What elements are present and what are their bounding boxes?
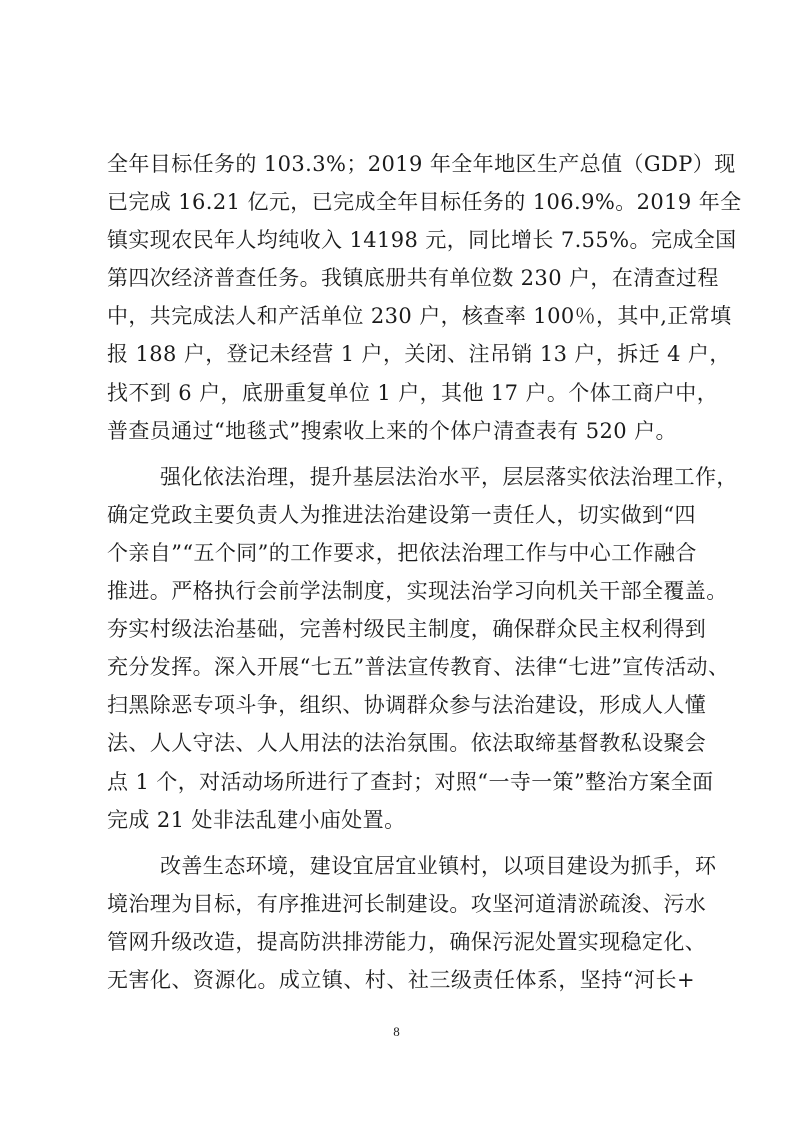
- text-line: 普查员通过“地毯式”搜索收上来的个体户清查表有 520 户。: [107, 412, 695, 450]
- text-line: 镇实现农民年人均纯收入 14198 元，同比增长 7.55%。完成全国: [107, 221, 695, 259]
- body-text: 全年目标任务的 103.3%；2019 年全年地区生产总值（GDP）现 已完成 …: [107, 145, 695, 999]
- paragraph-spacer: [107, 839, 695, 847]
- text-line: 管网升级改造，提高防洪排涝能力，确保污泥处置实现稳定化、: [107, 923, 695, 961]
- text-line: 无害化、资源化。成立镇、村、社三级责任体系，坚持“河长+: [107, 961, 695, 999]
- text-line: 个亲自”“五个同”的工作要求，把依法治理工作与中心工作融合: [107, 534, 695, 572]
- text-line: 确定党政主要负责人为推进法治建设第一责任人，切实做到“四: [107, 496, 695, 534]
- text-line: 强化依法治理，提升基层法治水平，层层落实依法治理工作，: [107, 458, 695, 496]
- paragraph-economic-census: 全年目标任务的 103.3%；2019 年全年地区生产总值（GDP）现 已完成 …: [107, 145, 695, 450]
- paragraph-rule-of-law: 强化依法治理，提升基层法治水平，层层落实依法治理工作， 确定党政主要负责人为推进…: [107, 458, 695, 839]
- document-page: 全年目标任务的 103.3%；2019 年全年地区生产总值（GDP）现 已完成 …: [0, 0, 793, 1122]
- text-line: 境治理为目标，有序推进河长制建设。攻坚河道清淤疏浚、污水: [107, 885, 695, 923]
- text-line: 法、人人守法、人人用法的法治氛围。依法取缔基督教私设聚会: [107, 724, 695, 762]
- text-line: 第四次经济普查任务。我镇底册共有单位数 230 户，在清查过程: [107, 259, 695, 297]
- text-line: 找不到 6 户，底册重复单位 1 户，其他 17 户。个体工商户中，: [107, 374, 695, 412]
- paragraph-ecological-environment: 改善生态环境，建设宜居宜业镇村，以项目建设为抓手，环 境治理为目标，有序推进河长…: [107, 847, 695, 999]
- text-line: 全年目标任务的 103.3%；2019 年全年地区生产总值（GDP）现: [107, 145, 695, 183]
- text-line: 充分发挥。深入开展“七五”普法宣传教育、法律“七进”宣传活动、: [107, 648, 695, 686]
- text-line: 推进。严格执行会前学法制度，实现法治学习向机关干部全覆盖。: [107, 572, 695, 610]
- page-number: 8: [0, 1024, 793, 1040]
- text-line: 夯实村级法治基础，完善村级民主制度，确保群众民主权利得到: [107, 610, 695, 648]
- text-line: 改善生态环境，建设宜居宜业镇村，以项目建设为抓手，环: [107, 847, 695, 885]
- text-line: 报 188 户，登记未经营 1 户，关闭、注吊销 13 户，拆迁 4 户，: [107, 335, 695, 373]
- text-line: 点 1 个，对活动场所进行了查封；对照“一寺一策”整治方案全面: [107, 763, 695, 801]
- text-line: 中，共完成法人和产活单位 230 户，核查率 100％，其中,正常填: [107, 297, 695, 335]
- text-line: 已完成 16.21 亿元，已完成全年目标任务的 106.9%。2019 年全: [107, 183, 695, 221]
- paragraph-spacer: [107, 450, 695, 458]
- text-line: 完成 21 处非法乱建小庙处置。: [107, 801, 695, 839]
- text-line: 扫黑除恶专项斗争，组织、协调群众参与法治建设，形成人人懂: [107, 686, 695, 724]
